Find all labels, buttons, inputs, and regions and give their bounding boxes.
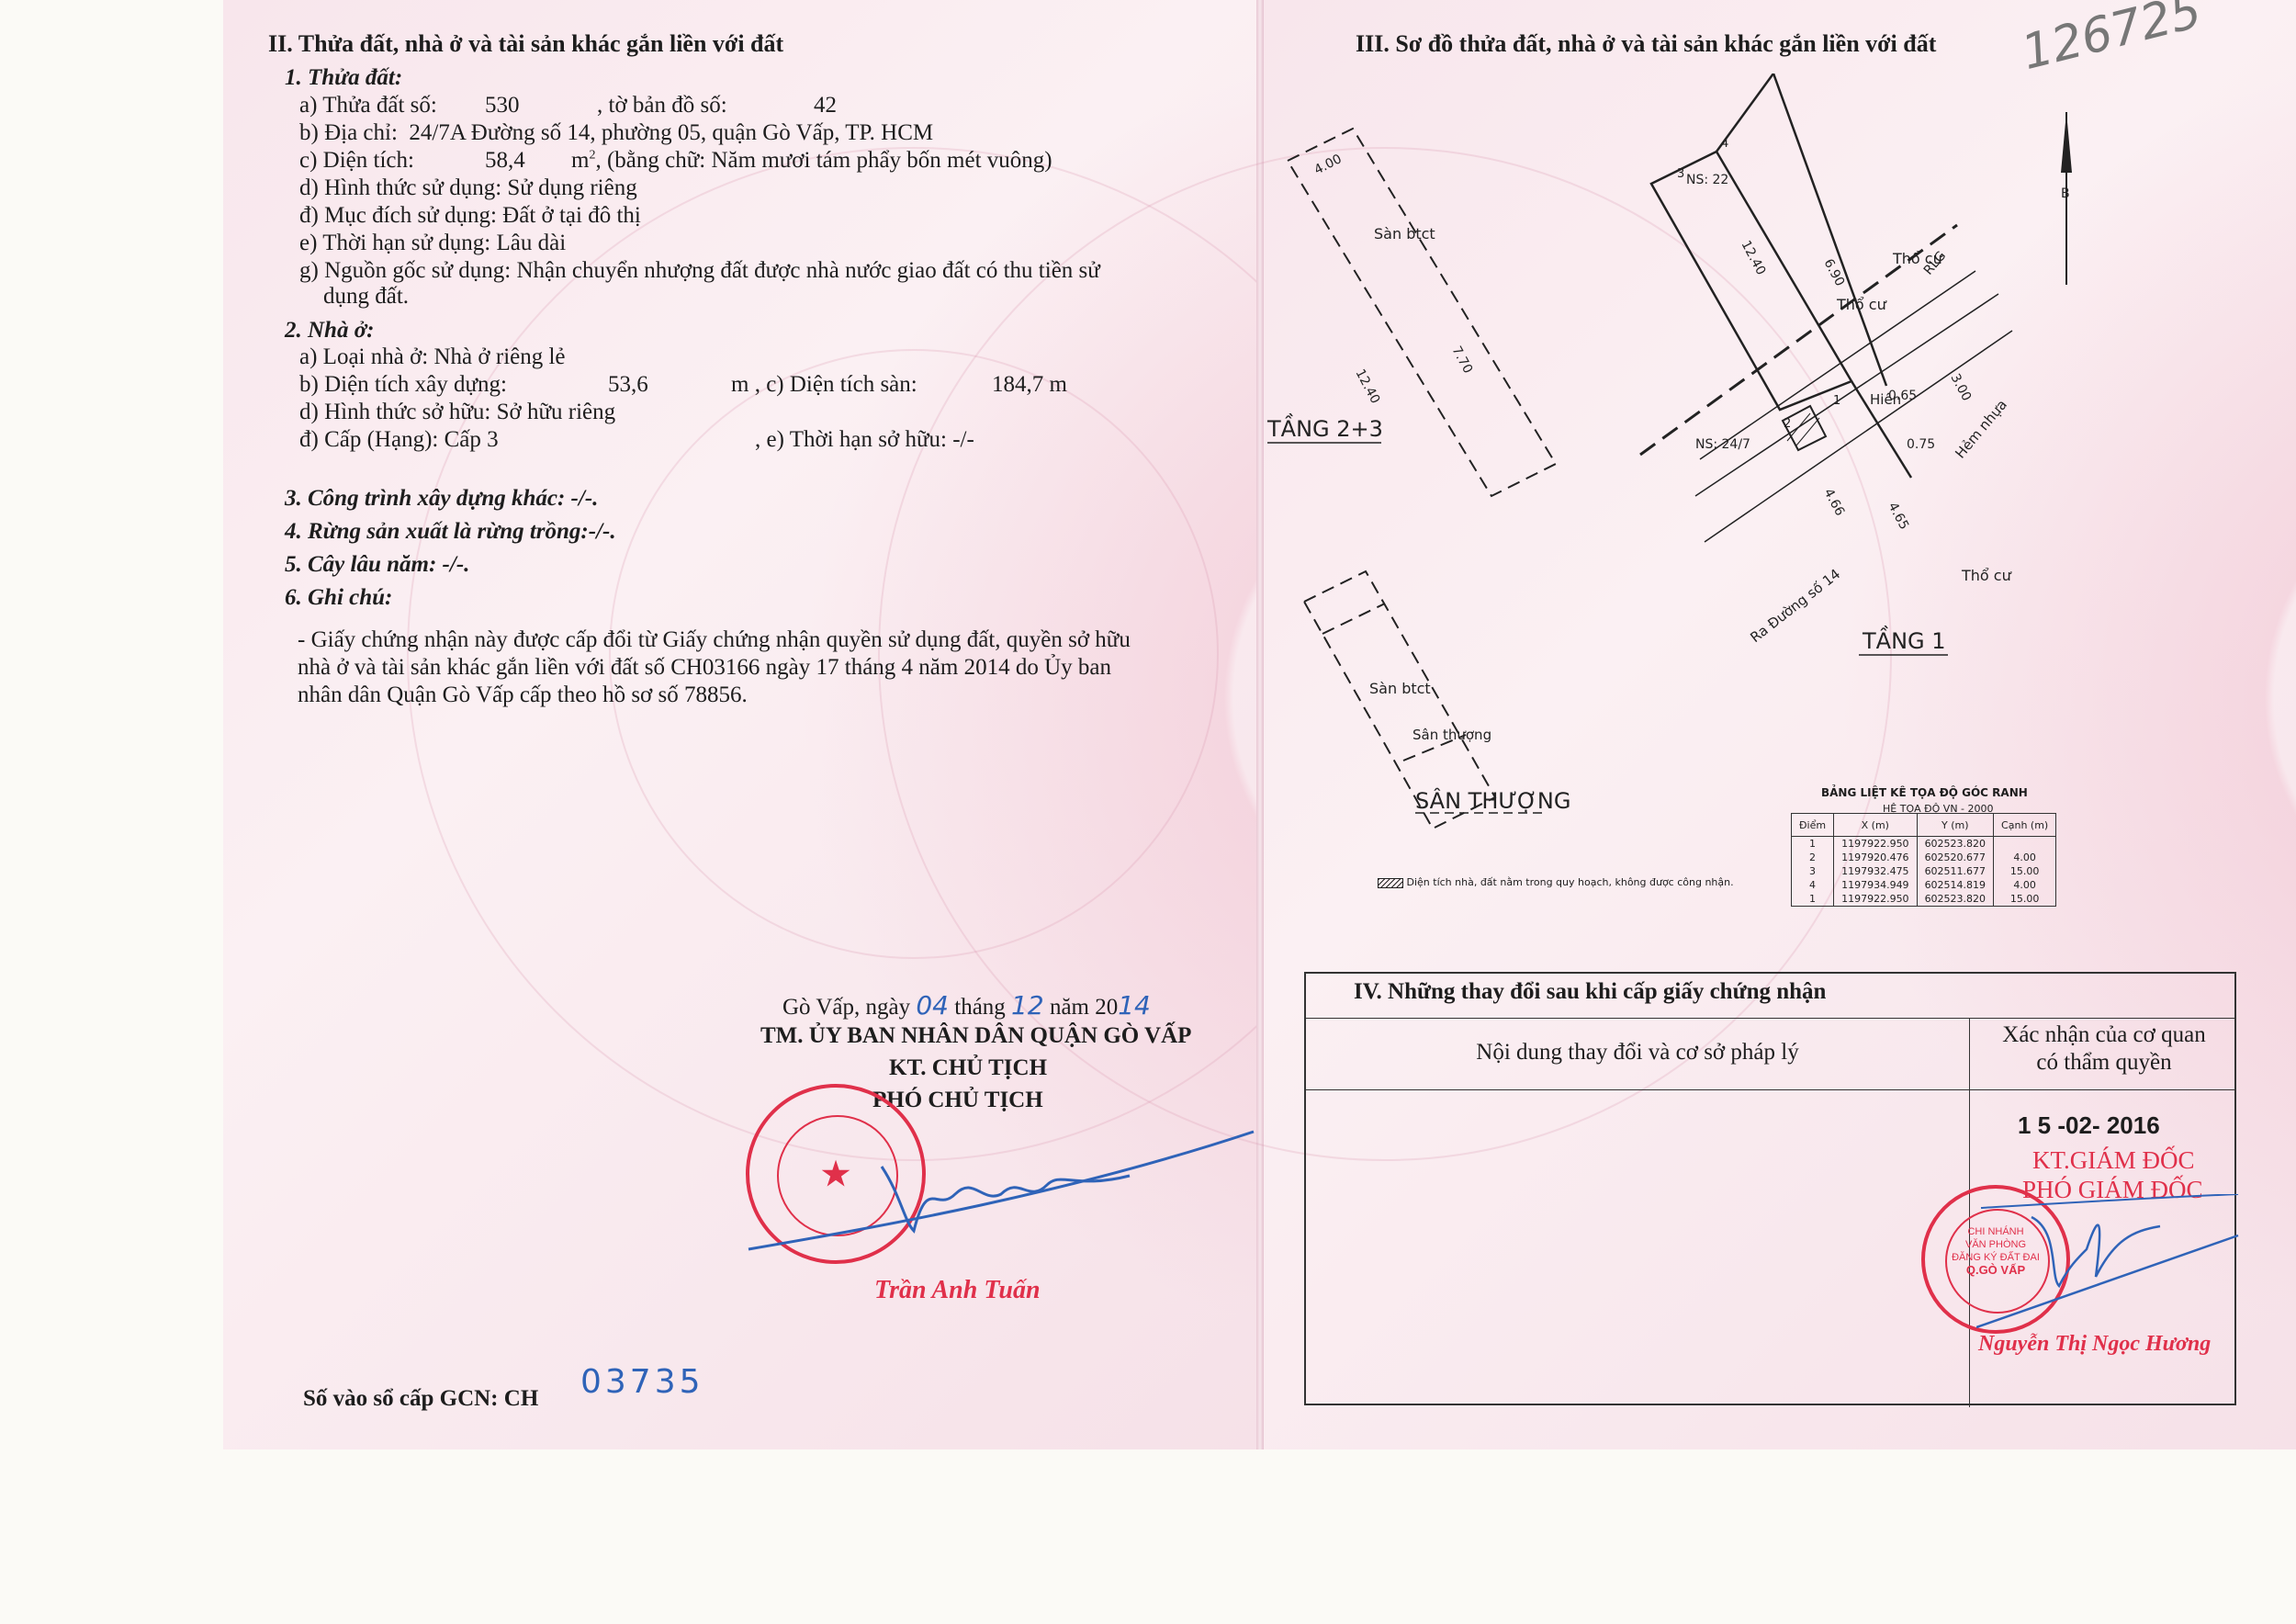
issuing-authority: TM. ỦY BAN NHÂN DÂN QUẬN GÒ VẤP (760, 1022, 1191, 1050)
coords-row: 11197922.950602523.820 (1792, 837, 2056, 851)
svg-text:1: 1 (1833, 394, 1840, 408)
svg-text:12.40: 12.40 (1352, 367, 1382, 406)
map-sheet-number: 42 (814, 92, 837, 119)
issue-day: 04 (916, 990, 949, 1021)
legend: Diện tích nhà, đất nằm trong quy hoạch, … (1378, 869, 1734, 897)
build-area-label: b) Diện tích xây dựng: (299, 371, 507, 399)
notes-line: - Giấy chứng nhận này được cấp đổi từ Gi… (298, 626, 1131, 654)
signer-role1: KT. CHỦ TỊCH (889, 1054, 1047, 1082)
registry-label: Số vào sổ cấp GCN: CH (303, 1385, 538, 1413)
coords-header: Cạnh (m) (1994, 814, 2056, 837)
registry-number: 03735 (580, 1369, 704, 1396)
floor-area-value: 184,7 m (992, 371, 1067, 399)
change-signer-name: Nguyễn Thị Ngọc Hương (1978, 1330, 2211, 1358)
svg-text:Thổ cư: Thổ cư (1961, 567, 2012, 584)
changes-title: IV. Những thay đổi sau khi cấp giấy chứn… (1354, 979, 1826, 1005)
forest: 4. Rừng sản xuất là rừng trồng:-/-. (285, 518, 616, 546)
svg-text:0.65: 0.65 (1888, 389, 1917, 403)
coords-table: ĐiểmX (m)Y (m)Cạnh (m) 11197922.95060252… (1791, 813, 2056, 907)
svg-text:NS: 24/7: NS: 24/7 (1695, 437, 1750, 452)
svg-text:NS: 22: NS: 22 (1686, 173, 1728, 187)
svg-text:4.66: 4.66 (1820, 486, 1847, 518)
change-role1: KT.GIÁM ĐỐC (2032, 1146, 2195, 1174)
house-grade: đ) Cấp (Hạng): Cấp 3 (299, 426, 499, 454)
svg-text:3: 3 (1677, 167, 1684, 181)
coords-header: Điểm (1792, 814, 1834, 837)
svg-text:4: 4 (1721, 137, 1728, 151)
issue-month: 12 (1011, 990, 1044, 1021)
map-sheet-label: , tờ bản đồ số: (597, 92, 727, 119)
hatch-legend-icon (1378, 878, 1403, 888)
ownership-form: d) Hình thức sở hữu: Sở hữu riêng (299, 399, 615, 426)
place-prefix: Gò Vấp, ngày (782, 995, 910, 1020)
coords-row: 11197922.950602523.82015.00 (1792, 892, 2056, 907)
floor-area-label: m , c) Diện tích sàn: (731, 371, 917, 399)
section-iii-title: III. Sơ đồ thửa đất, nhà ở và tài sản kh… (1356, 30, 1936, 58)
svg-text:SÂN THƯỢNG: SÂN THƯỢNG (1415, 787, 1570, 814)
changes-col1-header: Nội dung thay đổi và cơ sở pháp lý (1306, 1040, 1969, 1066)
area-unit: m (571, 148, 589, 173)
month-label: tháng (954, 995, 1006, 1020)
notes-line: nhân dân Quận Gò Vấp cấp theo hồ sơ số 7… (298, 682, 748, 709)
changes-table: IV. Những thay đổi sau khi cấp giấy chứn… (1304, 972, 2236, 1405)
coords-header: X (m) (1834, 814, 1917, 837)
build-area-value: 53,6 (608, 371, 648, 399)
north-arrow-icon: B (2061, 112, 2072, 285)
svg-text:TẦNG 2+3: TẦNG 2+3 (1266, 412, 1383, 442)
use-form: d) Hình thức sử dụng: Sử dụng riêng (299, 175, 637, 202)
svg-text:B: B (2061, 186, 2070, 201)
svg-text:Ra Đường số 14: Ra Đường số 14 (1747, 566, 1843, 646)
use-term: e) Thời hạn sử dụng: Lâu dài (299, 230, 566, 257)
signer-name: Trần Anh Tuấn (874, 1277, 1041, 1304)
area-words: , (bằng chữ: Năm mươi tám phẩy bốn mét v… (595, 148, 1052, 173)
land-heading: 1. Thửa đất: (285, 64, 402, 92)
issue-year-suffix: 14 (1118, 990, 1151, 1021)
svg-text:6.90: 6.90 (1820, 256, 1847, 288)
plot-diagram: B (1264, 73, 2296, 955)
svg-text:Sân thượng: Sân thượng (1412, 727, 1491, 743)
coords-row: 21197920.476602520.6774.00 (1792, 851, 2056, 864)
parcel-label: a) Thửa đất số: (299, 92, 437, 119)
year-label: năm 20 (1050, 995, 1118, 1020)
changes-col2-header: Xác nhận của cơ quan có thẩm quyền (1971, 1021, 2237, 1077)
ownership-term: , e) Thời hạn sở hữu: -/- (755, 426, 974, 454)
perennial: 5. Cây lâu năm: -/-. (285, 551, 469, 579)
signature-stroke (744, 1121, 1258, 1268)
svg-text:2: 2 (1784, 417, 1791, 431)
area-value: 58,4 (485, 147, 525, 175)
origin-line2: dụng đất. (323, 283, 409, 310)
signature-stroke (1976, 1194, 2243, 1332)
area-label: c) Diện tích: (299, 147, 414, 175)
svg-text:Thổ cư: Thổ cư (1836, 296, 1887, 313)
svg-text:Sàn btct: Sàn btct (1374, 225, 1435, 242)
notes-line: nhà ở và tài sản khác gắn liền với đất s… (298, 654, 1111, 682)
change-date: 1 5 -02- 2016 (2018, 1111, 2160, 1139)
coords-row: 31197932.475602511.67715.00 (1792, 864, 2056, 878)
svg-text:Sàn btct: Sàn btct (1369, 680, 1431, 697)
coords-header: Y (m) (1917, 814, 1993, 837)
house-heading: 2. Nhà ở: (285, 317, 374, 344)
address-value: 24/7A Đường số 14, phường 05, quận Gò Vấ… (409, 120, 933, 145)
origin-line1: g) Nguồn gốc sử dụng: Nhận chuyển nhượng… (299, 257, 1100, 285)
svg-text:0.75: 0.75 (1907, 437, 1935, 452)
svg-text:7.70: 7.70 (1448, 344, 1475, 376)
scan-margin (0, 1449, 2296, 1624)
issue-date: Gò Vấp, ngày 04 tháng 12 năm 2014 (782, 992, 1151, 1021)
svg-text:4.65: 4.65 (1885, 500, 1911, 532)
svg-text:12.40: 12.40 (1738, 238, 1768, 277)
svg-text:3.00: 3.00 (1947, 371, 1974, 403)
svg-text:TẦNG 1: TẦNG 1 (1862, 625, 1946, 654)
use-purpose: đ) Mục đích sử dụng: Đất ở tại đô thị (299, 202, 641, 230)
coords-row: 41197934.949602514.8194.00 (1792, 878, 2056, 892)
legend-text: Diện tích nhà, đất nằm trong quy hoạch, … (1407, 876, 1734, 888)
address-label: b) Địa chỉ: (299, 120, 398, 145)
other-construction: 3. Công trình xây dựng khác: -/-. (285, 485, 598, 513)
notes-heading: 6. Ghi chú: (285, 584, 392, 612)
address-row: b) Địa chỉ: 24/7A Đường số 14, phường 05… (299, 119, 933, 147)
parcel-number: 530 (485, 92, 520, 119)
svg-text:Hẻm nhựa: Hẻm nhựa (1952, 397, 2010, 462)
house-type: a) Loại nhà ở: Nhà ở riêng lẻ (299, 344, 566, 371)
area-words-row: m2, (bằng chữ: Năm mươi tám phẩy bốn mét… (571, 147, 1052, 175)
section-ii-title: II. Thửa đất, nhà ở và tài sản khác gắn … (268, 30, 783, 58)
svg-text:4.00: 4.00 (1312, 152, 1345, 177)
